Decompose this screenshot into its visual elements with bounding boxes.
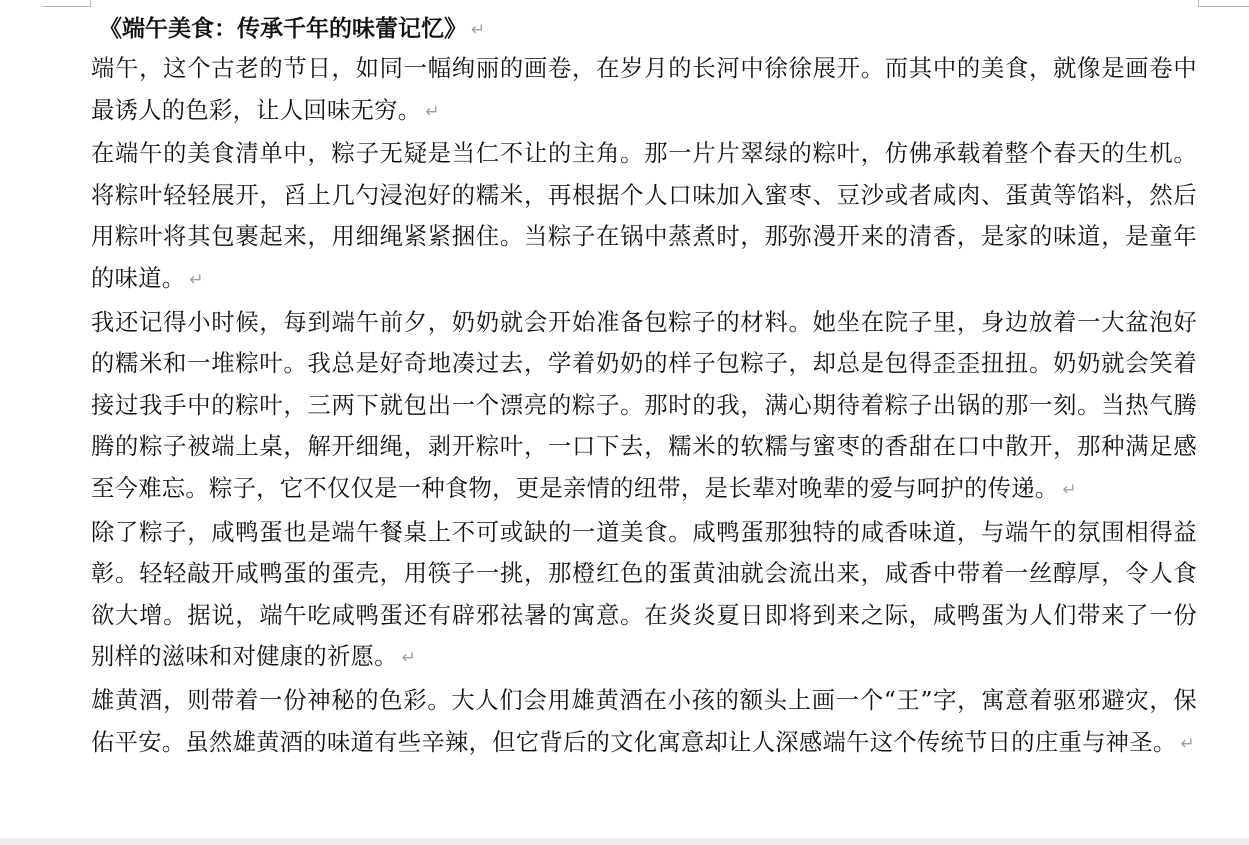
paragraph-intro: 端午，这个古老的节日，如同一幅绚丽的画卷，在岁月的长河中徐徐展开。而其中的美食，…: [91, 48, 1197, 133]
top-right-margin-marker: [1198, 0, 1249, 7]
paragraph-mark-icon: ↵: [189, 270, 204, 290]
document-title: 《端午美食：传承千年的味蕾记忆》↵: [99, 10, 1197, 48]
paragraph-realgar-wine: 雄黄酒，则带着一份神秘的色彩。大人们会用雄黄酒在小孩的额头上画一个“王”字，寓意…: [91, 680, 1197, 765]
document-title-text: 《端午美食：传承千年的味蕾记忆》: [99, 15, 467, 42]
paragraph-mark-icon: ↵: [1062, 480, 1077, 500]
paragraph-text: 在端午的美食清单中，粽子无疑是当仁不让的主角。那一片片翠绿的粽叶，仿佛承载着整个…: [91, 140, 1197, 292]
paragraph-text: 除了粽子，咸鸭蛋也是端午餐桌上不可或缺的一道美食。咸鸭蛋那独特的咸香味道，与端午…: [91, 519, 1197, 671]
document-body[interactable]: 《端午美食：传承千年的味蕾记忆》↵ 端午，这个古老的节日，如同一幅绚丽的画卷，在…: [91, 10, 1197, 765]
paragraph-mark-icon: ↵: [1180, 734, 1195, 754]
paragraph-text: 端午，这个古老的节日，如同一幅绚丽的画卷，在岁月的长河中徐徐展开。而其中的美食，…: [91, 55, 1197, 124]
paragraph-mark-icon: ↵: [425, 102, 440, 122]
paragraph-text: 我还记得小时候，每到端午前夕，奶奶就会开始准备包粽子的材料。她坐在院子里，身边放…: [91, 309, 1197, 502]
paragraph-mark-icon: ↵: [471, 20, 485, 40]
page-gap: [0, 838, 1249, 845]
paragraph-text: 雄黄酒，则带着一份神秘的色彩。大人们会用雄黄酒在小孩的额头上画一个“王”字，寓意…: [91, 687, 1197, 756]
paragraph-mark-icon: ↵: [402, 648, 417, 668]
document-page[interactable]: 《端午美食：传承千年的味蕾记忆》↵ 端午，这个古老的节日，如同一幅绚丽的画卷，在…: [0, 0, 1249, 838]
top-left-margin-marker: [42, 0, 91, 7]
paragraph-salted-egg: 除了粽子，咸鸭蛋也是端午餐桌上不可或缺的一道美食。咸鸭蛋那独特的咸香味道，与端午…: [91, 512, 1197, 680]
paragraph-zongzi: 在端午的美食清单中，粽子无疑是当仁不让的主角。那一片片翠绿的粽叶，仿佛承载着整个…: [91, 133, 1197, 301]
paragraph-memory: 我还记得小时候，每到端午前夕，奶奶就会开始准备包粽子的材料。她坐在院子里，身边放…: [91, 302, 1197, 512]
